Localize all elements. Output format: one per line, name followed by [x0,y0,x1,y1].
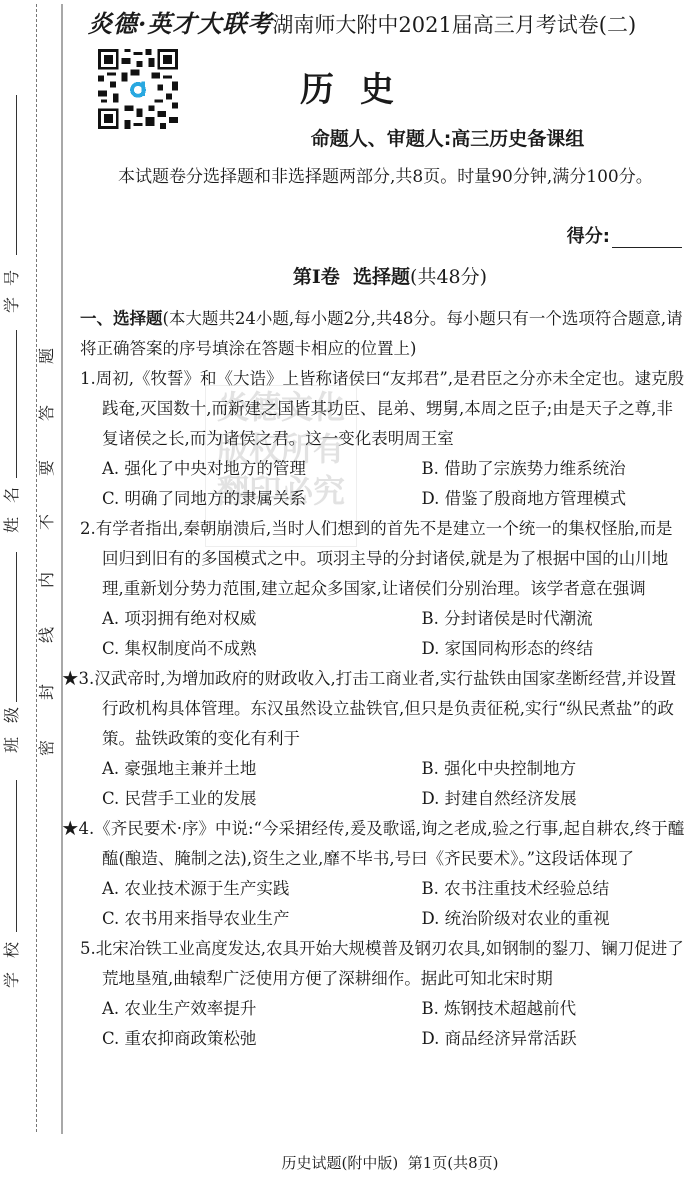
instructions-heading: 一、选择题 [80,309,163,328]
question-options: A. 豪强地主兼并土地 B. 强化中央控制地方 C. 民营手工业的发展 D. 封… [62,754,685,814]
student-id-line [16,95,17,255]
option-a[interactable]: A. 强化了中央对地方的管理 [102,454,394,484]
seal-notice-char: 密 [37,738,57,758]
question-4: ★4.《齐民要术·序》中说:“今采捃经传,爰及歌谣,询之老成,验之行事,起自耕农… [62,814,685,934]
margin-label-ming: 名 [2,485,22,505]
score-field[interactable]: 得分: [567,222,682,248]
option-b[interactable]: B. 强化中央控制地方 [394,754,686,784]
option-b[interactable]: B. 借助了宗族势力维系统治 [394,454,686,484]
question-text: 周初,《牧誓》和《大诰》上皆称诸侯曰“友邦君”,是君臣之分亦未全定也。逮克殷践奄… [96,369,684,448]
seal-notice-char: 内 [37,570,57,590]
brand-name: 炎德·英才大联考 [88,9,272,38]
margin-label-xiao: 校 [2,940,22,960]
star-icon-question-number: ★3. [62,669,94,688]
exam-header: 炎德·英才大联考湖南师大附中2021届高三月考试卷(二) [88,4,636,39]
question-stem: 2.有学者指出,秦朝崩溃后,当时人们想到的首先不是建立一个统一的集权怪胎,而是回… [80,514,685,604]
question-text: 北宋冶铁工业高度发达,农具开始大规模普及钢刃农具,如钢制的銐刀、镧刀促进了荒地垦… [96,939,684,988]
seal-notice-char: 答 [37,403,57,423]
option-c[interactable]: C. 民营手工业的发展 [102,784,394,814]
section-name: 第Ⅰ卷 选择题 [293,266,410,288]
option-b[interactable]: B. 分封诸侯是时代潮流 [394,604,686,634]
option-c[interactable]: C. 重农抑商政策松弛 [102,1024,394,1054]
class-line [16,552,17,702]
option-d[interactable]: D. 商品经济异常活跃 [394,1024,686,1054]
seal-notice-char: 要 [37,458,57,478]
subject-title: 历史 [300,62,420,111]
option-d[interactable]: D. 统治阶级对农业的重视 [394,904,686,934]
question-text: 《齐民要术·序》中说:“今采捃经传,爰及歌谣,询之老成,验之行事,起自耕农,终于… [94,819,684,868]
question-number: 2. [80,519,96,538]
option-b[interactable]: B. 农书注重技术经验总结 [394,874,686,904]
option-c[interactable]: C. 集权制度尚不成熟 [102,634,394,664]
section-points: (共48分) [410,266,487,288]
star-icon-question-number: ★4. [62,819,94,838]
page-footer: 历史试题(附中版) 第1页(共8页) [80,1152,700,1173]
margin-label-xue: 号 [2,268,22,288]
qr-code-icon[interactable] [95,46,181,132]
margin-label-hao: 学 [2,295,22,315]
seal-notice-char: 不 [37,512,57,532]
section-instructions: 一、选择题(本大题共24小题,每小题2分,共48分。每小题只有一个选项符合题意,… [80,304,685,364]
question-options: A. 农业生产效率提升 B. 炼钢技术超越前代 C. 重农抑商政策松弛 D. 商… [80,994,685,1054]
option-d[interactable]: D. 借鉴了殷商地方管理模式 [394,484,686,514]
score-label: 得分: [567,226,610,247]
question-text: 有学者指出,秦朝崩溃后,当时人们想到的首先不是建立一个统一的集权怪胎,而是回归到… [96,519,673,598]
question-stem: 5.北宋冶铁工业高度发达,农具开始大规模普及钢刃农具,如钢制的銐刀、镧刀促进了荒… [80,934,685,994]
exam-authors: 命题人、审题人:高三历史备课组 [0,124,700,151]
margin-label-xue2: 学 [2,970,22,990]
school-line [16,780,17,932]
question-3: ★3.汉武帝时,为增加政府的财政收入,打击工商业者,实行盐铁由国家垄断经营,并设… [62,664,685,814]
option-a[interactable]: A. 农业生产效率提升 [102,994,394,1024]
question-1: 1.周初,《牧誓》和《大诰》上皆称诸侯曰“友邦君”,是君臣之分亦未全定也。逮克殷… [80,364,685,514]
question-stem: ★3.汉武帝时,为增加政府的财政收入,打击工商业者,实行盐铁由国家垄断经营,并设… [62,664,685,754]
option-d[interactable]: D. 家国同构形态的终结 [394,634,686,664]
exam-title: 湖南师大附中2021届高三月考试卷(二) [272,13,636,37]
margin-label-xing: 姓 [2,515,22,535]
question-stem: ★4.《齐民要术·序》中说:“今采捃经传,爰及歌谣,询之老成,验之行事,起自耕农… [62,814,685,874]
instructions-text: (本大题共24小题,每小题2分,共48分。每小题只有一个选项符合题意,请将正确答… [80,309,683,358]
question-number: 1. [80,369,96,388]
option-c[interactable]: C. 农书用来指导农业生产 [102,904,394,934]
seal-notice-char: 封 [37,682,57,702]
seal-dotted-line [36,4,37,1132]
seal-notice-char: 线 [37,625,57,645]
question-5: 5.北宋冶铁工业高度发达,农具开始大规模普及钢刃农具,如钢制的銐刀、镧刀促进了荒… [80,934,685,1054]
question-options: A. 农业技术源于生产实践 B. 农书注重技术经验总结 C. 农书用来指导农业生… [62,874,685,934]
option-a[interactable]: A. 项羽拥有绝对权威 [102,604,394,634]
margin-label-ji: 级 [2,705,22,725]
question-options: A. 项羽拥有绝对权威 B. 分封诸侯是时代潮流 C. 集权制度尚不成熟 D. … [80,604,685,664]
question-stem: 1.周初,《牧誓》和《大诰》上皆称诸侯曰“友邦君”,是君臣之分亦未全定也。逮克殷… [80,364,685,454]
question-2: 2.有学者指出,秦朝崩溃后,当时人们想到的首先不是建立一个统一的集权怪胎,而是回… [80,514,685,664]
exam-intro: 本试题卷分选择题和非选择题两部分,共8页。时量90分钟,满分100分。 [84,162,684,193]
section-title: 第Ⅰ卷 选择题(共48分) [80,262,700,289]
margin-rule [61,4,63,1134]
score-blank[interactable] [612,229,682,248]
question-options: A. 强化了中央对地方的管理 B. 借助了宗族势力维系统治 C. 明确了同地方的… [80,454,685,514]
margin-label-ban: 班 [2,735,22,755]
question-text: 汉武帝时,为增加政府的财政收入,打击工商业者,实行盐铁由国家垄断经营,并设置行政… [94,669,676,748]
name-line [16,330,17,478]
question-number: 5. [80,939,96,958]
option-a[interactable]: A. 农业技术源于生产实践 [102,874,394,904]
option-c[interactable]: C. 明确了同地方的隶属关系 [102,484,394,514]
question-section: 一、选择题(本大题共24小题,每小题2分,共48分。每小题只有一个选项符合题意,… [80,304,685,1054]
seal-notice-char: 题 [37,346,57,366]
option-b[interactable]: B. 炼钢技术超越前代 [394,994,686,1024]
option-a[interactable]: A. 豪强地主兼并土地 [102,754,394,784]
option-d[interactable]: D. 封建自然经济发展 [394,784,686,814]
